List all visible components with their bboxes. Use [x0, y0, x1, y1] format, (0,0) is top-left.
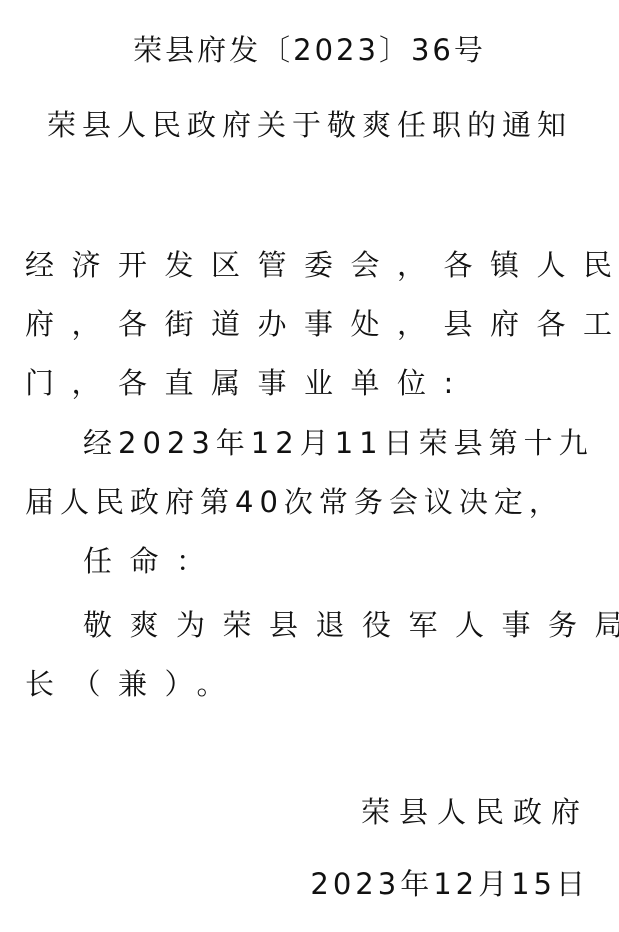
addressee-line-1: 经济开发区管委会，各镇人民政: [25, 247, 619, 283]
addressee-line-2: 府，各街道办事处，县府各工作部: [25, 306, 619, 342]
addressee-line-3: 门，各直属事业单位:: [25, 365, 471, 401]
body-line-5: 长（兼）。: [25, 666, 243, 702]
document-title: 荣县人民政府关于敬爽任职的通知: [0, 107, 619, 143]
body-line-1: 经2023年12月11日荣县第十九: [83, 425, 594, 461]
document-date: 2023年12月15日: [310, 866, 589, 902]
document-number: 荣县府发〔2023〕36号: [0, 32, 619, 68]
body-line-4: 敬爽为荣县退役军人事务局副局: [83, 607, 619, 643]
body-line-3: 任命：: [83, 543, 223, 579]
body-line-2: 届人民政府第40次常务会议决定，: [25, 484, 564, 520]
signature: 荣县人民政府: [361, 794, 589, 830]
